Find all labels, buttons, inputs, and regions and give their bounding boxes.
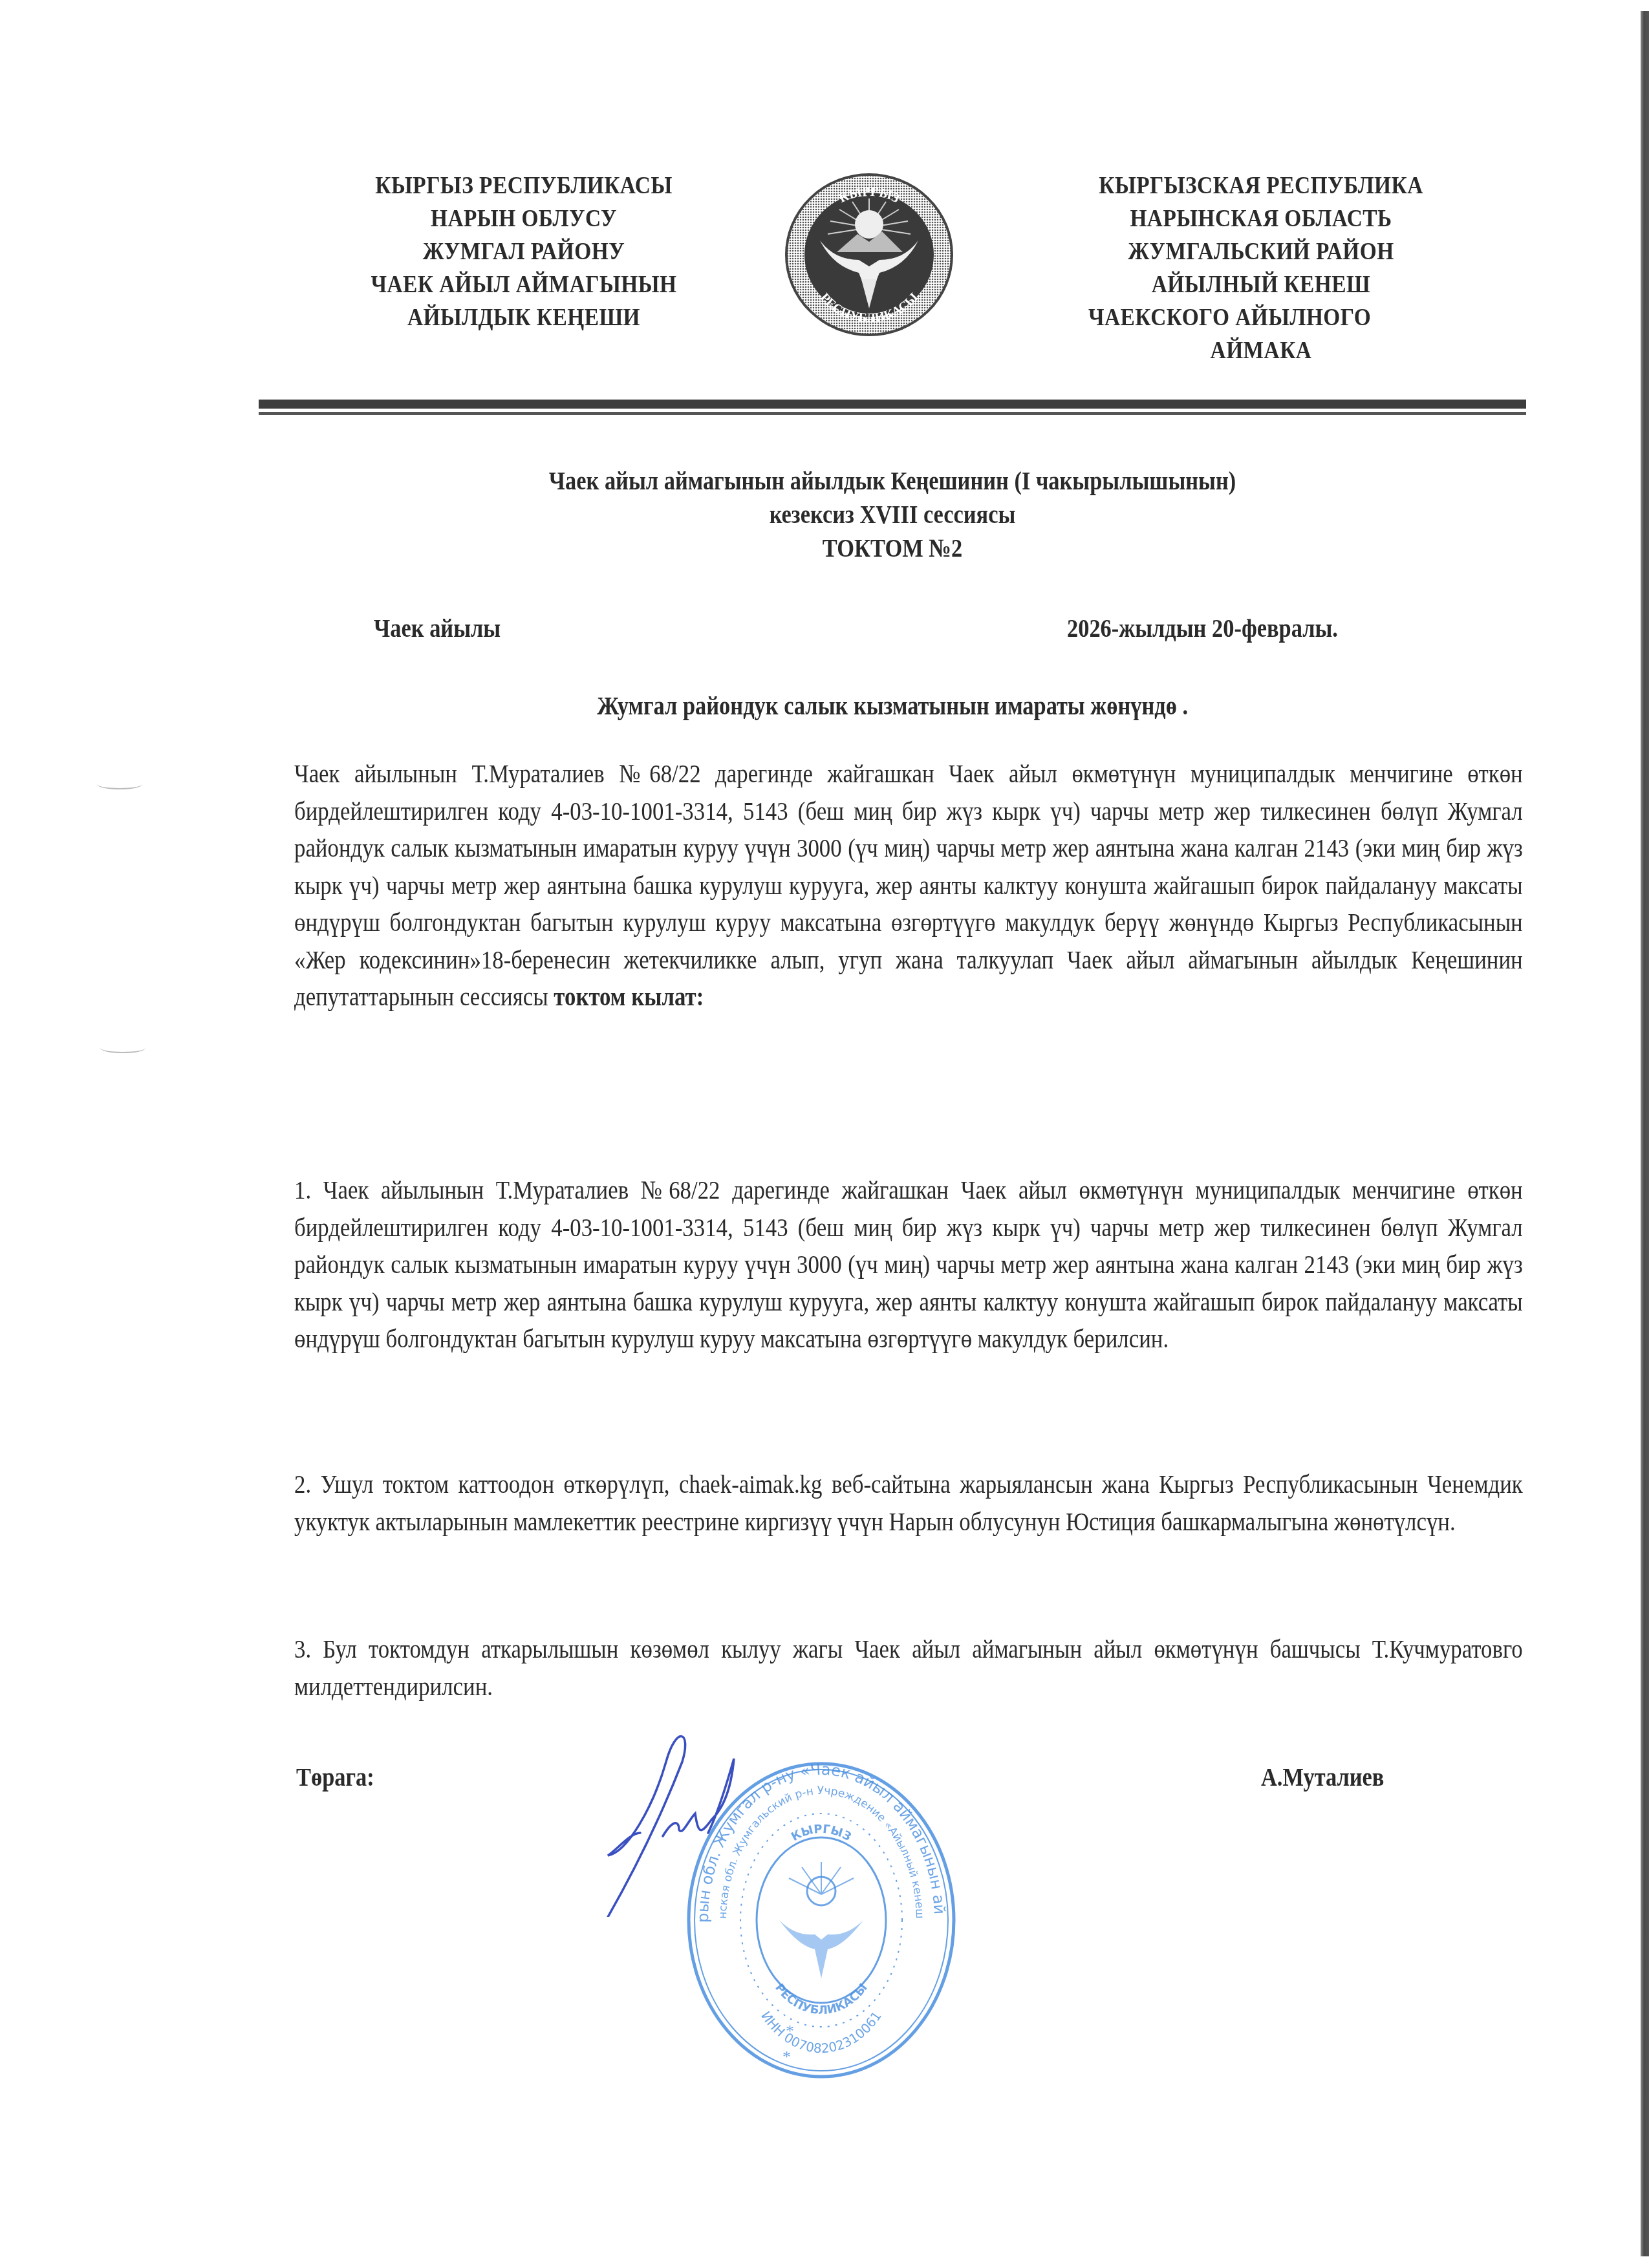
header-divider-thick — [259, 400, 1526, 409]
resolution-item-2: 2. Ушул токтом каттоодон өткөрүлүп, chae… — [294, 1466, 1523, 1540]
title-session-line: кезексиз XVIII сессиясы — [347, 498, 1438, 531]
preamble-paragraph: Чаек айылынын Т.Мураталиев №68/22 дареги… — [294, 755, 1523, 1016]
scan-edge-shadow — [1641, 11, 1649, 2256]
resolution-item-text: 1. Чаек айылынын Т.Мураталиев №68/22 дар… — [294, 1171, 1523, 1358]
document-date: 2026-жылдын 20-февралы. — [1067, 613, 1338, 643]
header-kyrgyz: КЫРГЫЗ РЕСПУБЛИКАСЫ НАРЫН ОБЛУСУ ЖУМГАЛ … — [308, 169, 740, 334]
svg-text:РЕСПУБЛИКАСЫ: РЕСПУБЛИКАСЫ — [772, 1981, 870, 2017]
header-right-line: НАРЫНСКАЯ ОБЛАСТЬ — [1036, 202, 1485, 235]
resolution-item-1: 1. Чаек айылынын Т.Мураталиев №68/22 дар… — [294, 1171, 1523, 1358]
document-subject: Жумгал райондук салык кызматынын имараты… — [259, 690, 1526, 721]
header-right-line: КЫРГЫЗСКАЯ РЕСПУБЛИКА — [1036, 169, 1485, 202]
chairman-label: Төрага: — [296, 1762, 374, 1792]
state-emblem-icon: КЫРГЫЗ РЕСПУБЛИКАСЫ — [781, 169, 957, 341]
resolves-phrase: токтом кылат: — [554, 982, 704, 1011]
document-place: Чаек айылы — [374, 613, 501, 643]
title-resolution-number: ТОКТОМ №2 — [347, 531, 1438, 565]
resolution-item-text: 3. Бул токтомдун аткарылышын көзөмөл кыл… — [294, 1631, 1523, 1705]
header-left-line: НАРЫН ОБЛУСУ — [308, 202, 740, 235]
header-left-line: ЖУМГАЛ РАЙОНУ — [308, 235, 740, 268]
header-left-line: КЫРГЫЗ РЕСПУБЛИКАСЫ — [308, 169, 740, 202]
header-right-line: АЙМАКА — [1036, 334, 1485, 367]
header-left-line: АЙЫЛДЫК КЕҢЕШИ — [308, 301, 740, 334]
subject-text: Жумгал райондук салык кызматынын имараты… — [597, 690, 1188, 721]
header-left-line: ЧАЕК АЙЫЛ АЙМАГЫНЫН — [308, 268, 740, 301]
svg-text:*: * — [782, 2048, 791, 2066]
punch-hole-mark — [100, 1043, 145, 1053]
resolution-item-text: 2. Ушул токтом каттоодон өткөрүлүп, chae… — [294, 1466, 1523, 1540]
header-right-line: ЧАЕКСКОГО АЙЫЛНОГО — [974, 301, 1486, 334]
punch-hole-mark — [97, 779, 142, 789]
handwritten-signature-icon — [563, 1723, 821, 1917]
chairman-name: А.Муталиев — [1261, 1762, 1384, 1792]
header-right-line: ЖУМГАЛЬСКИЙ РАЙОН — [1036, 235, 1485, 268]
document-title: Чаек айыл аймагынын айылдык Кеңешинин (I… — [259, 464, 1526, 565]
preamble-text: Чаек айылынын Т.Мураталиев №68/22 дареги… — [294, 759, 1523, 1011]
header-right-line: АЙЫЛНЫЙ КЕНЕШ — [1036, 268, 1485, 301]
header-divider-thin — [259, 412, 1526, 415]
svg-text:*: * — [786, 2022, 794, 2040]
header-russian: КЫРГЫЗСКАЯ РЕСПУБЛИКА НАРЫНСКАЯ ОБЛАСТЬ … — [1036, 169, 1485, 367]
resolution-item-3: 3. Бул токтомдун аткарылышын көзөмөл кыл… — [294, 1631, 1523, 1705]
title-council-line: Чаек айыл аймагынын айылдык Кеңешинин (I… — [347, 464, 1438, 498]
